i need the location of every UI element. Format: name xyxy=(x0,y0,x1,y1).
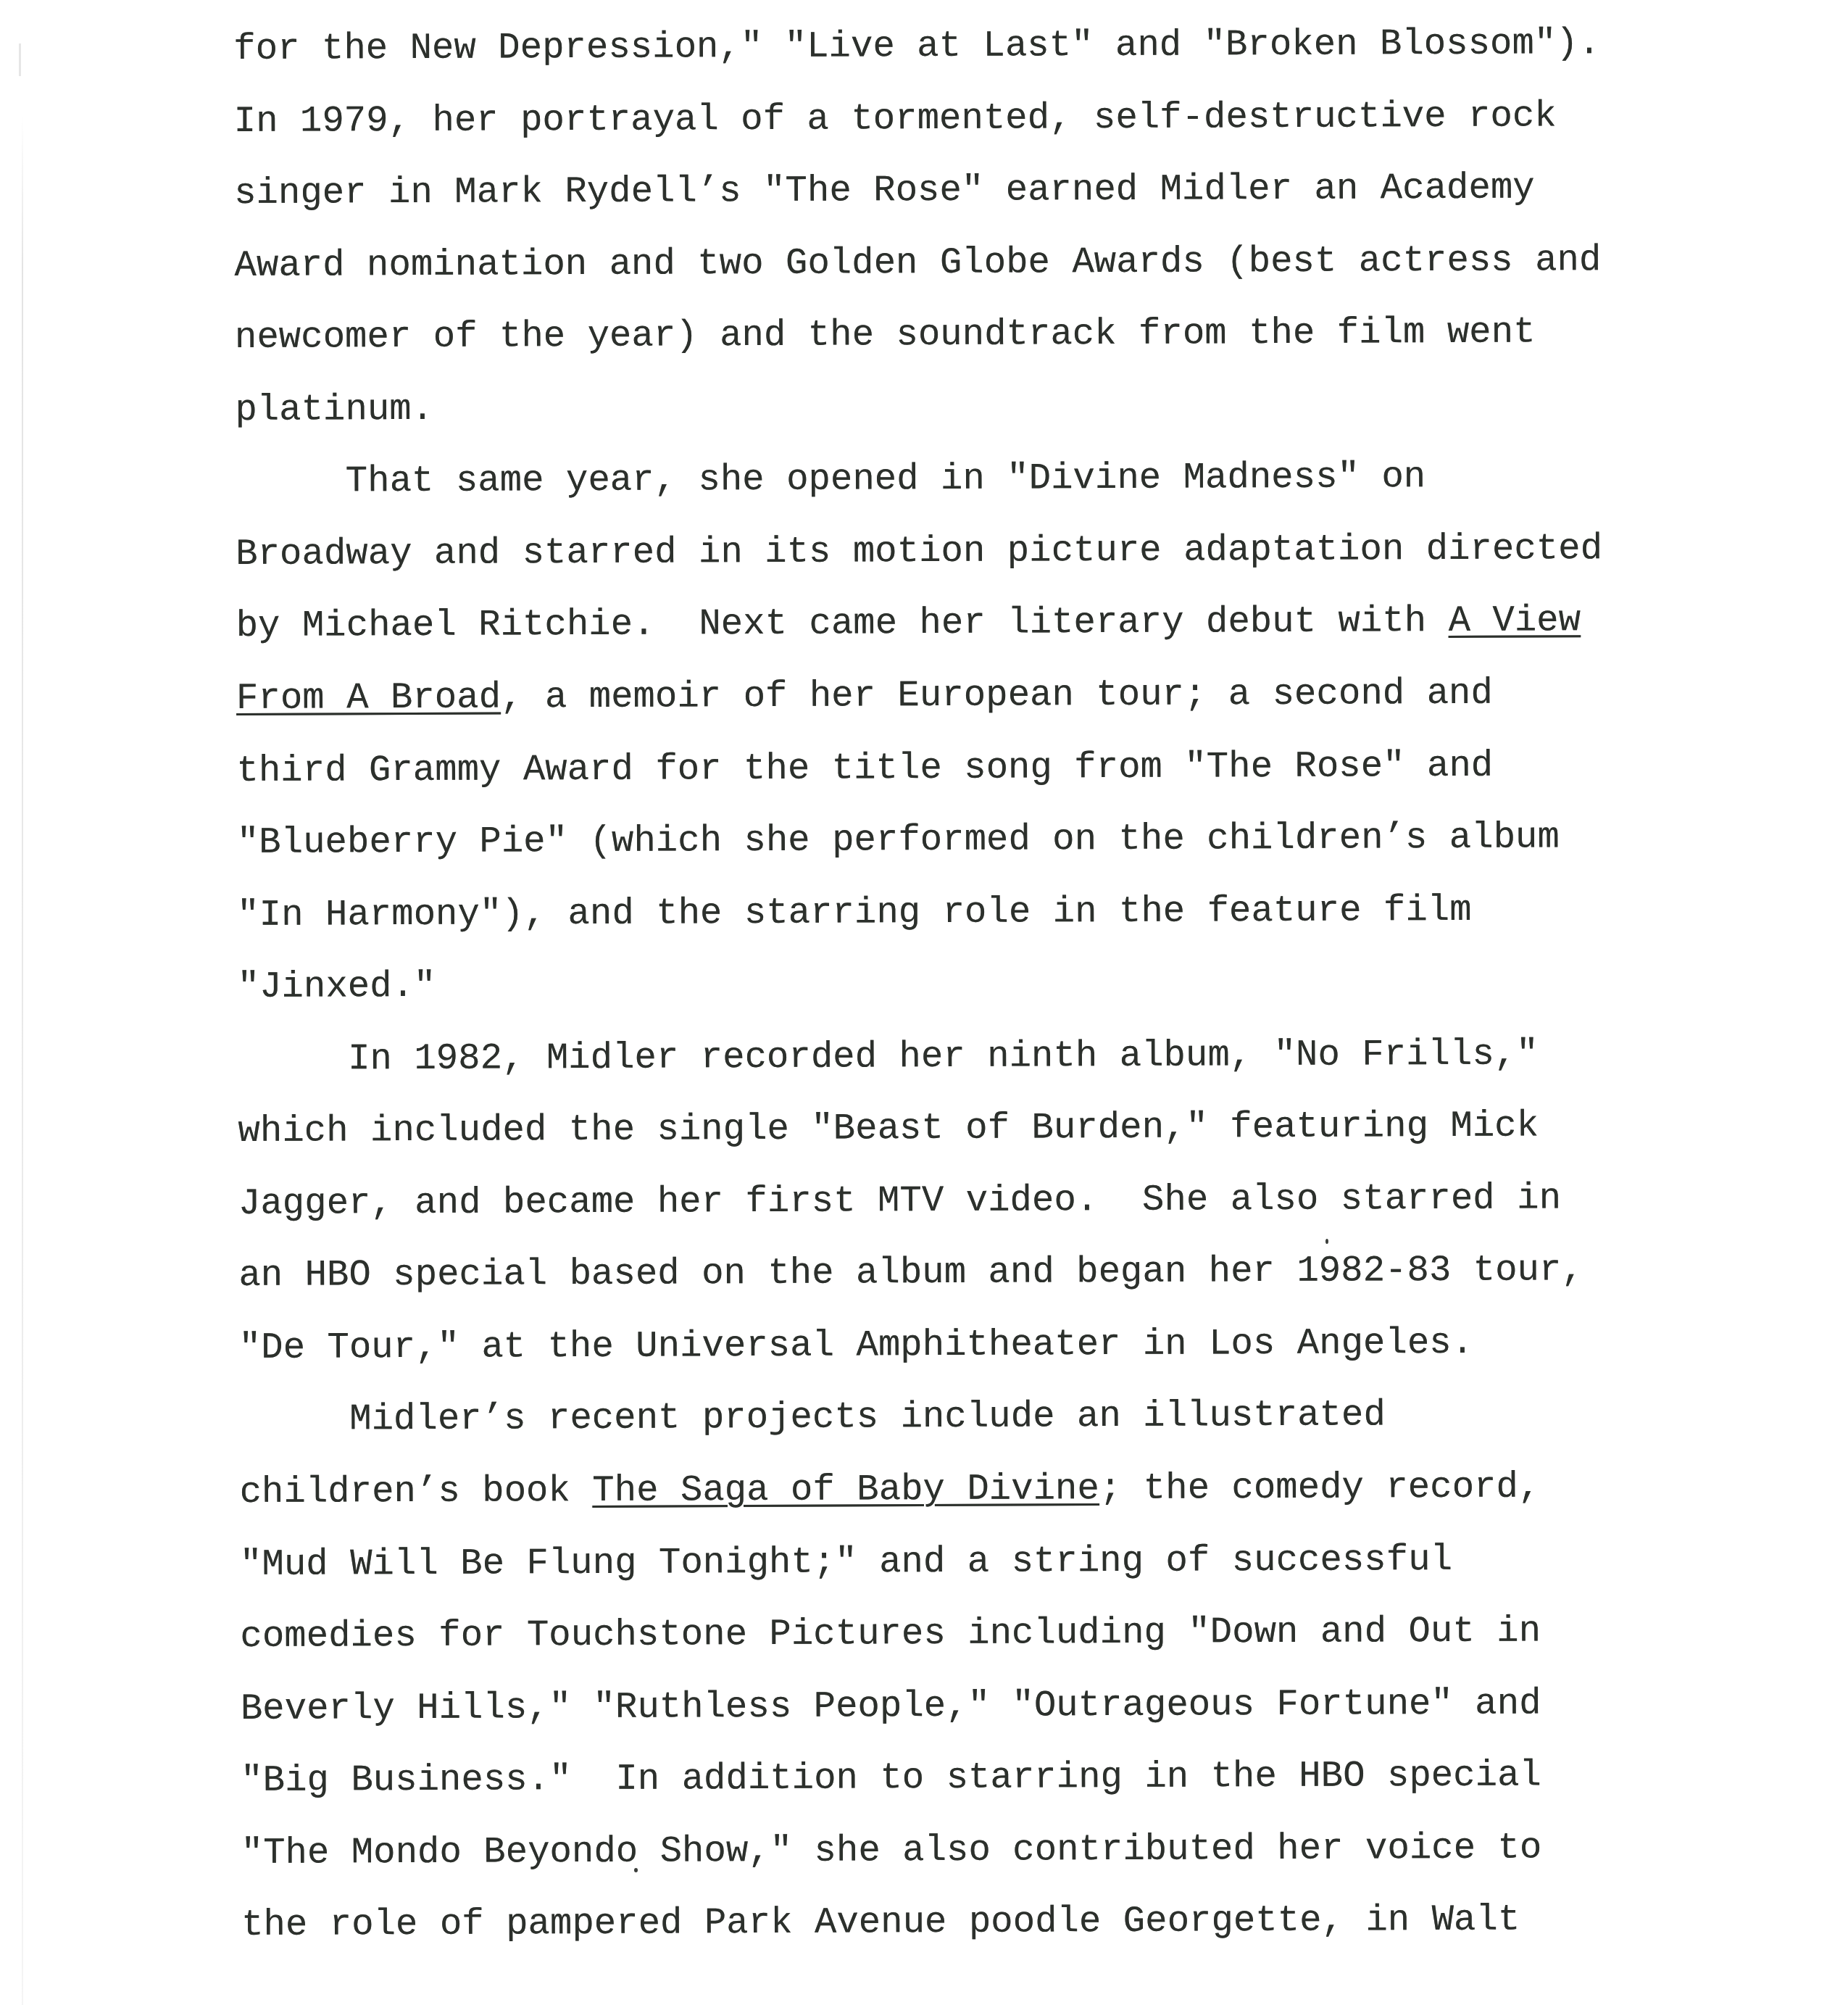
text-segment: which included the single "Beast of Burd… xyxy=(238,1106,1539,1153)
text-segment: , a memoir of her European tour; a secon… xyxy=(501,673,1493,719)
text-line: children’s book The Saga of Baby Divine;… xyxy=(240,1469,1541,1511)
text-line: "In Harmony"), and the starring role in … xyxy=(237,892,1472,934)
text-line: Beverly Hills," "Ruthless People," "Outr… xyxy=(241,1686,1541,1728)
text-line: That same year, she opened in "Divine Ma… xyxy=(236,460,1426,502)
text-segment: singer in Mark Rydell’s "The Rose" earne… xyxy=(234,168,1535,215)
underlined-title: From A Broad xyxy=(236,677,501,720)
text-segment: "The Mondo Beyondo Show," she also contr… xyxy=(241,1827,1542,1875)
text-line: which included the single "Beast of Burd… xyxy=(238,1109,1539,1151)
text-line: From A Broad, a memoir of her European t… xyxy=(236,676,1493,718)
text-segment: third Grammy Award for the title song fr… xyxy=(236,745,1493,792)
text-line: "Jinxed." xyxy=(238,969,436,1007)
text-line: "Mud Will Be Flung Tonight;" and a strin… xyxy=(240,1543,1452,1585)
text-line: Award nomination and two Golden Globe Aw… xyxy=(234,243,1601,286)
text-line: platinum. xyxy=(235,392,433,430)
text-segment: "Mud Will Be Flung Tonight;" and a strin… xyxy=(240,1540,1452,1586)
text-segment: That same year, she opened in "Divine Ma… xyxy=(346,457,1426,502)
text-segment: an HBO special based on the album and be… xyxy=(238,1250,1583,1298)
text-segment: Broadway and starred in its motion pictu… xyxy=(236,528,1602,576)
scan-speck xyxy=(1325,1239,1328,1244)
text-line: an HBO special based on the album and be… xyxy=(238,1253,1583,1295)
text-line: "Big Business." In addition to starring … xyxy=(241,1759,1541,1801)
text-segment: Midler’s recent projects include an illu… xyxy=(349,1395,1386,1441)
underlined-title: The Saga of Baby Divine xyxy=(592,1469,1099,1512)
text-segment: for the New Depression," "Live at Last" … xyxy=(233,23,1600,70)
scan-speck xyxy=(634,1868,638,1872)
text-segment: In 1982, Midler recorded her ninth album… xyxy=(348,1034,1539,1080)
text-segment: newcomer of the year) and the soundtrack… xyxy=(235,312,1536,360)
text-segment: In 1979, her portrayal of a tormented, s… xyxy=(234,96,1557,143)
text-line: by Michael Ritchie. Next came her litera… xyxy=(236,604,1581,646)
text-segment: Beverly Hills," "Ruthless People," "Outr… xyxy=(241,1683,1541,1730)
text-line: In 1979, her portrayal of a tormented, s… xyxy=(234,99,1557,141)
text-segment: the role of pampered Park Avenue poodle … xyxy=(241,1900,1520,1946)
text-segment: ; the comedy record, xyxy=(1099,1466,1541,1510)
text-line: comedies for Touchstone Pictures includi… xyxy=(240,1614,1541,1656)
scan-page-edge-mark xyxy=(19,43,21,76)
text-line: the role of pampered Park Avenue poodle … xyxy=(241,1903,1520,1945)
text-segment: "De Tour," at the Universal Amphitheater… xyxy=(239,1323,1474,1369)
text-line: newcomer of the year) and the soundtrack… xyxy=(235,315,1536,357)
text-segment: "Jinxed." xyxy=(238,966,436,1008)
text-line: Midler’s recent projects include an illu… xyxy=(239,1398,1386,1440)
scan-page-edge xyxy=(22,116,23,2005)
document-body: for the New Depression," "Live at Last" … xyxy=(233,0,1764,2005)
text-line: singer in Mark Rydell’s "The Rose" earne… xyxy=(234,171,1535,213)
text-line: In 1982, Midler recorded her ninth album… xyxy=(238,1037,1539,1079)
underlined-title: A View xyxy=(1448,601,1581,643)
text-segment: by Michael Ritchie. Next came her litera… xyxy=(236,601,1449,647)
text-line: for the New Depression," "Live at Last" … xyxy=(233,26,1600,69)
text-segment: "In Harmony"), and the starring role in … xyxy=(237,889,1472,936)
text-segment: Award nomination and two Golden Globe Aw… xyxy=(234,240,1601,287)
text-segment: "Big Business." In addition to starring … xyxy=(241,1756,1541,1803)
text-line: third Grammy Award for the title song fr… xyxy=(236,748,1493,790)
text-line: "The Mondo Beyondo Show," she also contr… xyxy=(241,1830,1542,1872)
text-segment: comedies for Touchstone Pictures includi… xyxy=(240,1611,1541,1659)
text-line: Broadway and starred in its motion pictu… xyxy=(236,531,1602,574)
text-line: "De Tour," at the Universal Amphitheater… xyxy=(239,1326,1474,1368)
text-line: Jagger, and became her first MTV video. … xyxy=(238,1181,1561,1223)
text-segment: Jagger, and became her first MTV video. … xyxy=(238,1178,1561,1225)
text-segment: "Blueberry Pie" (which she performed on … xyxy=(237,817,1560,864)
text-segment: children’s book xyxy=(240,1471,593,1514)
text-line: "Blueberry Pie" (which she performed on … xyxy=(237,820,1560,862)
text-segment: platinum. xyxy=(235,389,433,431)
